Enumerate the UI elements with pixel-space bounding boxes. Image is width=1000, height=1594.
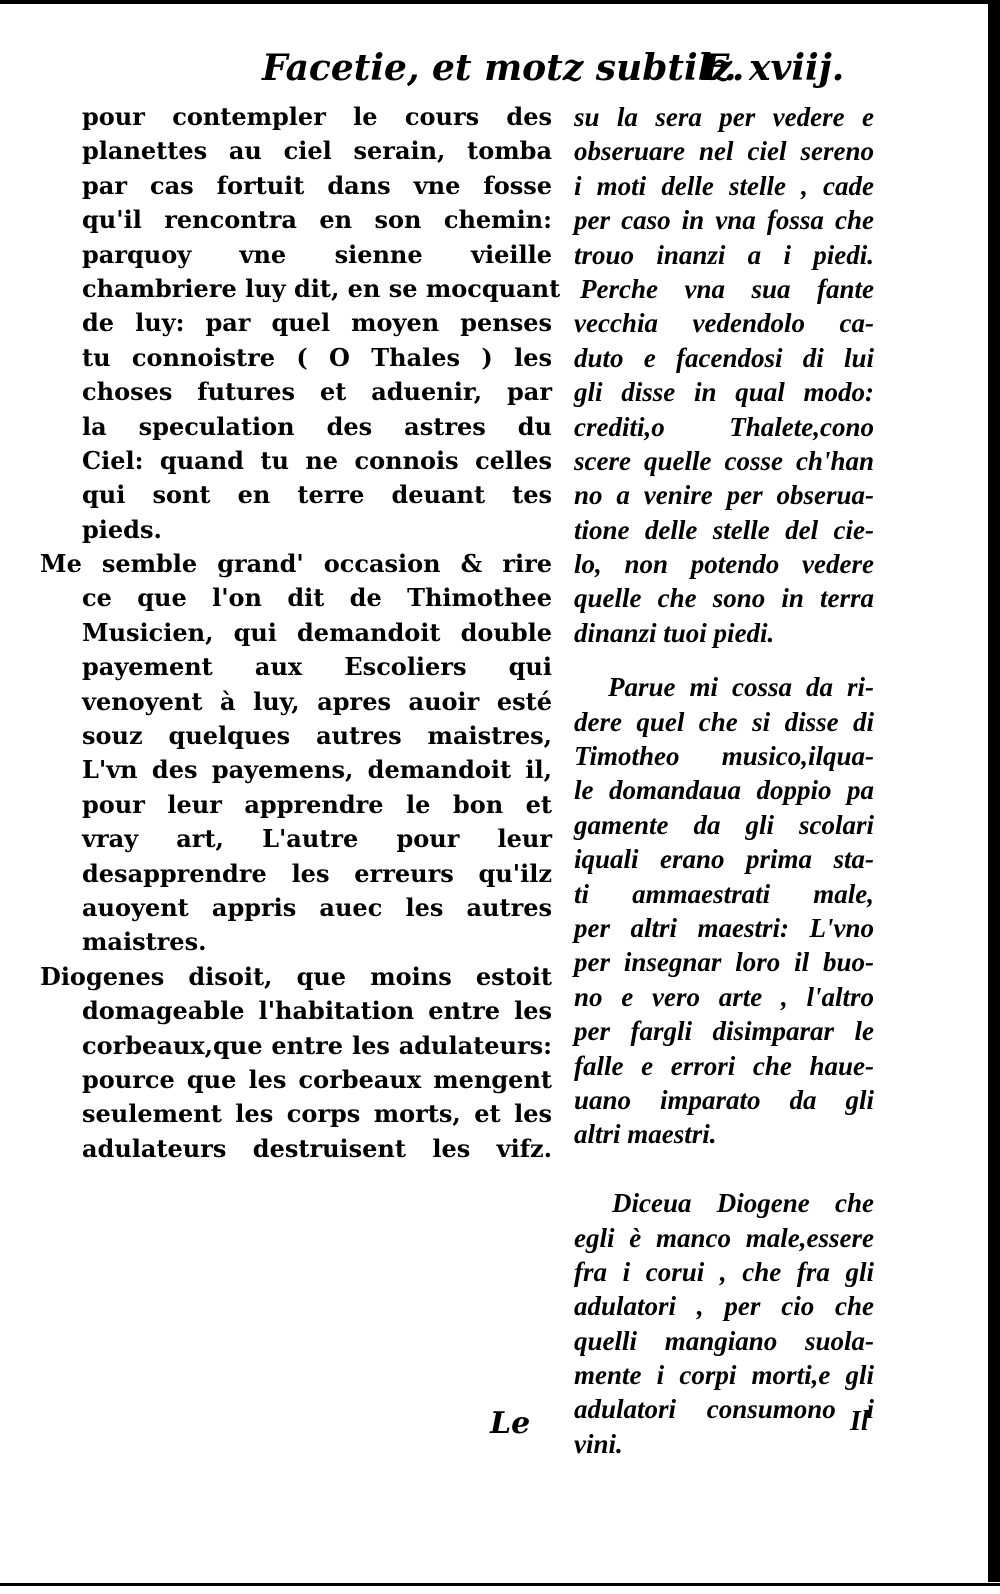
text-line: fra i corui , che fra gli — [574, 1255, 874, 1289]
text-line: per caso in vna fossa che — [574, 203, 874, 237]
text-line: altri maestri. — [574, 1117, 874, 1151]
text-line: Ciel: quand tu ne connois celles — [82, 444, 552, 478]
text-line: adulatori consumono i — [574, 1392, 874, 1426]
italian-paragraph-2: Parue mi cossa da ri- dere quel che si d… — [574, 670, 874, 1151]
french-paragraph-1: pour contempler le cours des planettes a… — [82, 100, 552, 547]
text-line: vini. — [574, 1427, 874, 1461]
text-line: Timotheo musico,ilqua- — [574, 739, 874, 773]
text-line: su la sera per vedere e — [574, 100, 874, 134]
text-line: choses futures et aduenir, par — [82, 375, 552, 409]
running-head-title: Facetie, et motz subtilz. — [262, 47, 744, 89]
text-line: desapprendre les erreurs qu'ilz — [82, 857, 552, 891]
text-line: pour leur apprendre le bon et — [82, 788, 552, 822]
text-line: parquoy vne sienne vieille — [82, 238, 552, 272]
running-head: Facetie, et motz subtilz. F. xviij. — [262, 38, 902, 98]
paragraph-gap — [574, 1152, 874, 1186]
text-line: qui sont en terre deuant tes — [82, 478, 552, 512]
text-line: auoyent appris auec les autres — [82, 891, 552, 925]
text-line: pieds. — [82, 513, 552, 547]
page-right-edge — [988, 0, 1000, 1582]
italian-paragraph-3: Diceua Diogene che egli è manco male,ess… — [574, 1186, 874, 1461]
text-line: le domandaua doppio pa — [574, 773, 874, 807]
italian-column: su la sera per vedere e obseruare nel ci… — [574, 100, 874, 1461]
page-top-edge — [0, 0, 990, 4]
text-line: la speculation des astres du — [82, 410, 552, 444]
text-line: ce que l'on dit de Thimothee — [82, 581, 552, 615]
text-line: souz quelques autres maistres, — [82, 719, 552, 753]
text-line: Me semble grand' occasion & rire — [40, 547, 552, 581]
text-line: Diogenes disoit, que moins estoit — [40, 960, 552, 994]
text-line: adulateurs destruisent les vifz. — [82, 1132, 552, 1166]
book-page: Facetie, et motz subtilz. F. xviij. pour… — [0, 0, 1000, 1594]
text-line: falle e errori che haue- — [574, 1049, 874, 1083]
text-line: pour contempler le cours des — [82, 100, 552, 134]
text-line: tione delle stelle del cie- — [574, 513, 874, 547]
text-line: L'vn des payemens, demandoit il, — [82, 753, 552, 787]
italian-paragraph-1: su la sera per vedere e obseruare nel ci… — [574, 100, 874, 650]
text-line: quelle che sono in terra — [574, 581, 874, 615]
french-paragraph-2: Me semble grand' occasion & rire ce que … — [82, 547, 552, 960]
italian-catchword: Il — [850, 1406, 869, 1438]
text-line: per altri maestri: L'vno — [574, 911, 874, 945]
text-line: gli disse in qual modo: — [574, 375, 874, 409]
text-line: per insegnar loro il buo- — [574, 945, 874, 979]
paragraph-gap — [574, 650, 874, 670]
text-line: per fargli disimparar le — [574, 1014, 874, 1048]
text-line: Diceua Diogene che — [574, 1186, 874, 1220]
text-line: planettes au ciel serain, tomba — [82, 134, 552, 168]
text-line: domageable l'habitation entre les — [82, 994, 552, 1028]
text-line: scere quelle cosse ch'han — [574, 444, 874, 478]
text-line: dinanzi tuoi piedi. — [574, 616, 874, 650]
text-line: i moti delle stelle , cade — [574, 169, 874, 203]
text-line: payement aux Escoliers qui — [82, 650, 552, 684]
text-line: duto e facendosi di lui — [574, 341, 874, 375]
text-line: pource que les corbeaux mengent — [82, 1063, 552, 1097]
text-line: venoyent à luy, apres auoir esté — [82, 685, 552, 719]
french-column: pour contempler le cours des planettes a… — [82, 100, 552, 1166]
text-line: crediti,o Thalete,cono — [574, 410, 874, 444]
text-line: chambriere luy dit, en se mocquant — [82, 272, 552, 306]
text-line: dere quel che si disse di — [574, 705, 874, 739]
text-line: uano imparato da gli — [574, 1083, 874, 1117]
text-line: no a venire per obserua- — [574, 478, 874, 512]
text-line: mente i corpi morti,e gli — [574, 1358, 874, 1392]
text-line: no e vero arte , l'altro — [574, 980, 874, 1014]
text-line: tu connoistre ( O Thales ) les — [82, 341, 552, 375]
text-line: Perche vna sua fante — [574, 272, 874, 306]
french-catchword: Le — [490, 1406, 530, 1441]
text-line: trouo inanzi a i piedi. — [574, 238, 874, 272]
french-paragraph-3: Diogenes disoit, que moins estoit domage… — [82, 960, 552, 1166]
text-line: Parue mi cossa da ri- — [574, 670, 874, 704]
text-line: maistres. — [82, 925, 552, 959]
text-line: Musicien, qui demandoit double — [82, 616, 552, 650]
text-line: adulatori , per cio che — [574, 1289, 874, 1323]
text-line: egli è manco male,essere — [574, 1221, 874, 1255]
text-line: qu'il rencontra en son chemin: — [82, 203, 552, 237]
text-line: vray art, L'autre pour leur — [82, 822, 552, 856]
text-line: de luy: par quel moyen penses — [82, 306, 552, 340]
text-line: vecchia vedendolo ca- — [574, 306, 874, 340]
text-line: seulement les corps morts, et les — [82, 1097, 552, 1131]
text-line: lo, non potendo vedere — [574, 547, 874, 581]
text-line: ti ammaestrati male, — [574, 877, 874, 911]
text-line: gamente da gli scolari — [574, 808, 874, 842]
text-line: obseruare nel ciel sereno — [574, 134, 874, 168]
text-line: quelli mangiano suola- — [574, 1324, 874, 1358]
page-bottom-edge — [0, 1583, 1000, 1586]
text-line: iquali erano prima sta- — [574, 842, 874, 876]
text-line: par cas fortuit dans vne fosse — [82, 169, 552, 203]
text-line: corbeaux,que entre les adulateurs: — [82, 1029, 552, 1063]
folio-number: F. xviij. — [702, 38, 844, 98]
